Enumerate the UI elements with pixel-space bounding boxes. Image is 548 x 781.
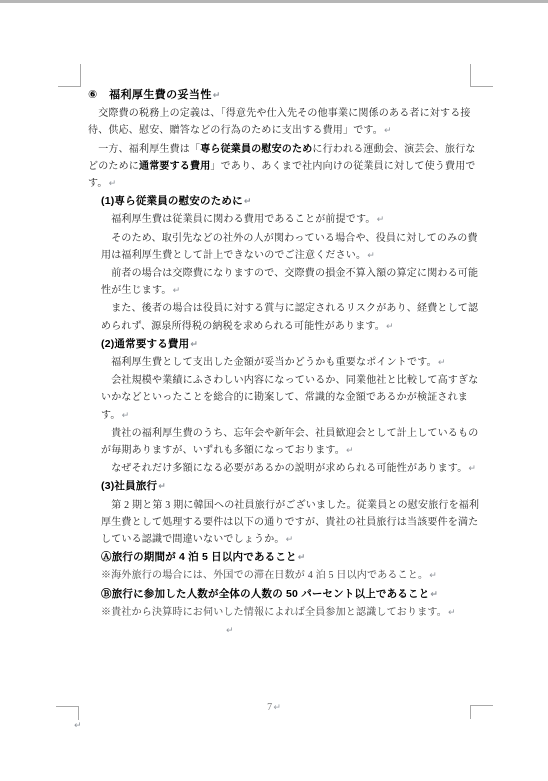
paragraph: 貴社の福利厚生費のうち、忘年会や新年会、社員歓迎会として計上しているもの が毎期… — [101, 425, 490, 460]
paragraph-mark-icon: ↵ — [437, 358, 446, 368]
paragraph: 会社規模や業績にふさわしい内容になっているか、同業他社と比較して高すぎな いかな… — [101, 372, 490, 425]
paragraph-mark-icon: ↵ — [73, 721, 82, 731]
paragraph-mark-icon: ↵ — [429, 590, 438, 600]
page-top-edge — [0, 0, 548, 3]
item-heading-a: Ⓐ旅行の期間が 4 泊 5 日以内であること↵ — [101, 549, 490, 567]
section-heading-2: (2)通常要する費用↵ — [101, 336, 490, 354]
paragraph-mark-icon: ↵ — [366, 251, 375, 261]
paragraph-mark-icon: ↵ — [172, 286, 181, 296]
paragraph-mark-icon: ↵ — [225, 626, 234, 636]
paragraph-mark-icon: ↵ — [428, 571, 437, 581]
paragraph: そのため、取引先などの社外の人が関わっている場合や、役員に対してのみの費 用は福… — [101, 230, 490, 265]
paragraph-mark-icon: ↵ — [272, 703, 281, 713]
section-heading-1: (1)専ら従業員の慰安のために↵ — [101, 193, 490, 211]
paragraph: 一方、福利厚生費は「専ら従業員の慰安のために行われる運動会、演芸会、旅行な どの… — [88, 141, 490, 194]
paragraph-mark-icon: ↵ — [383, 126, 392, 136]
text-boundary-mark-top-right — [470, 64, 493, 87]
paragraph-mark-icon: ↵ — [189, 340, 198, 350]
item-heading-b: Ⓑ旅行に参加した人数が全体の人数の 50 パーセント以上であること↵ — [101, 586, 490, 604]
note: ※貴社から決算時にお伺いした情報によれば全員参加と認識しております。↵ — [101, 604, 490, 622]
page-footer: 7↵ — [0, 702, 548, 713]
paragraph: なぜそれだけ多額になる必要があるかの説明が求められる可能性があります。↵ — [101, 460, 490, 478]
paragraph-mark-icon: ↵ — [297, 553, 306, 563]
paragraph-mark-icon: ↵ — [447, 608, 456, 618]
paragraph: また、後者の場合は役員に対する賞与に認定されるリスクがあり、経費として認 められ… — [101, 300, 490, 335]
paragraph-mark-icon: ↵ — [345, 446, 354, 456]
paragraph: 福利厚生費は従業員に関わる費用であることが前提です。↵ — [101, 211, 490, 229]
paragraph-mark-icon: ↵ — [385, 322, 394, 332]
note: ※海外旅行の場合には、外国での滞在日数が 4 泊 5 日以内であること。↵ — [101, 567, 490, 585]
paragraph-mark-icon: ↵ — [285, 535, 294, 545]
document-body: ⑥ 福利厚生費の妥当性↵ 交際費の税務上の定義は、「得意先や仕入先その他事業に関… — [88, 87, 490, 640]
paragraph: 第 2 期と第 3 期に韓国への社員旅行がございました。従業員との慰安旅行を福利… — [101, 497, 490, 550]
paragraph: 前者の場合は交際費になりますので、交際費の損金不算入額の算定に関わる可能 性が生… — [101, 265, 490, 300]
paragraph-mark-icon: ↵ — [467, 464, 476, 474]
paragraph-mark-icon: ↵ — [108, 179, 117, 189]
paragraph-mark-icon: ↵ — [376, 215, 385, 225]
empty-paragraph: ↵ — [101, 622, 490, 640]
paragraph-mark-icon: ↵ — [212, 91, 221, 101]
paragraph: 福利厚生費として支出した金額が妥当かどうかも重要なポイントです。↵ — [101, 354, 490, 372]
paragraph: 交際費の税務上の定義は、「得意先や仕入先その他事業に関係のある者に対する接 待、… — [88, 105, 490, 140]
paragraph-mark-icon: ↵ — [243, 197, 252, 207]
section-heading-3: (3)社員旅行↵ — [101, 478, 490, 496]
document-page: ⑥ 福利厚生費の妥当性↵ 交際費の税務上の定義は、「得意先や仕入先その他事業に関… — [0, 0, 548, 781]
doc-heading: ⑥ 福利厚生費の妥当性↵ — [88, 87, 490, 105]
text-boundary-mark-top-left — [58, 64, 81, 87]
paragraph-mark-icon: ↵ — [121, 411, 130, 421]
paragraph-mark-icon: ↵ — [157, 482, 166, 492]
